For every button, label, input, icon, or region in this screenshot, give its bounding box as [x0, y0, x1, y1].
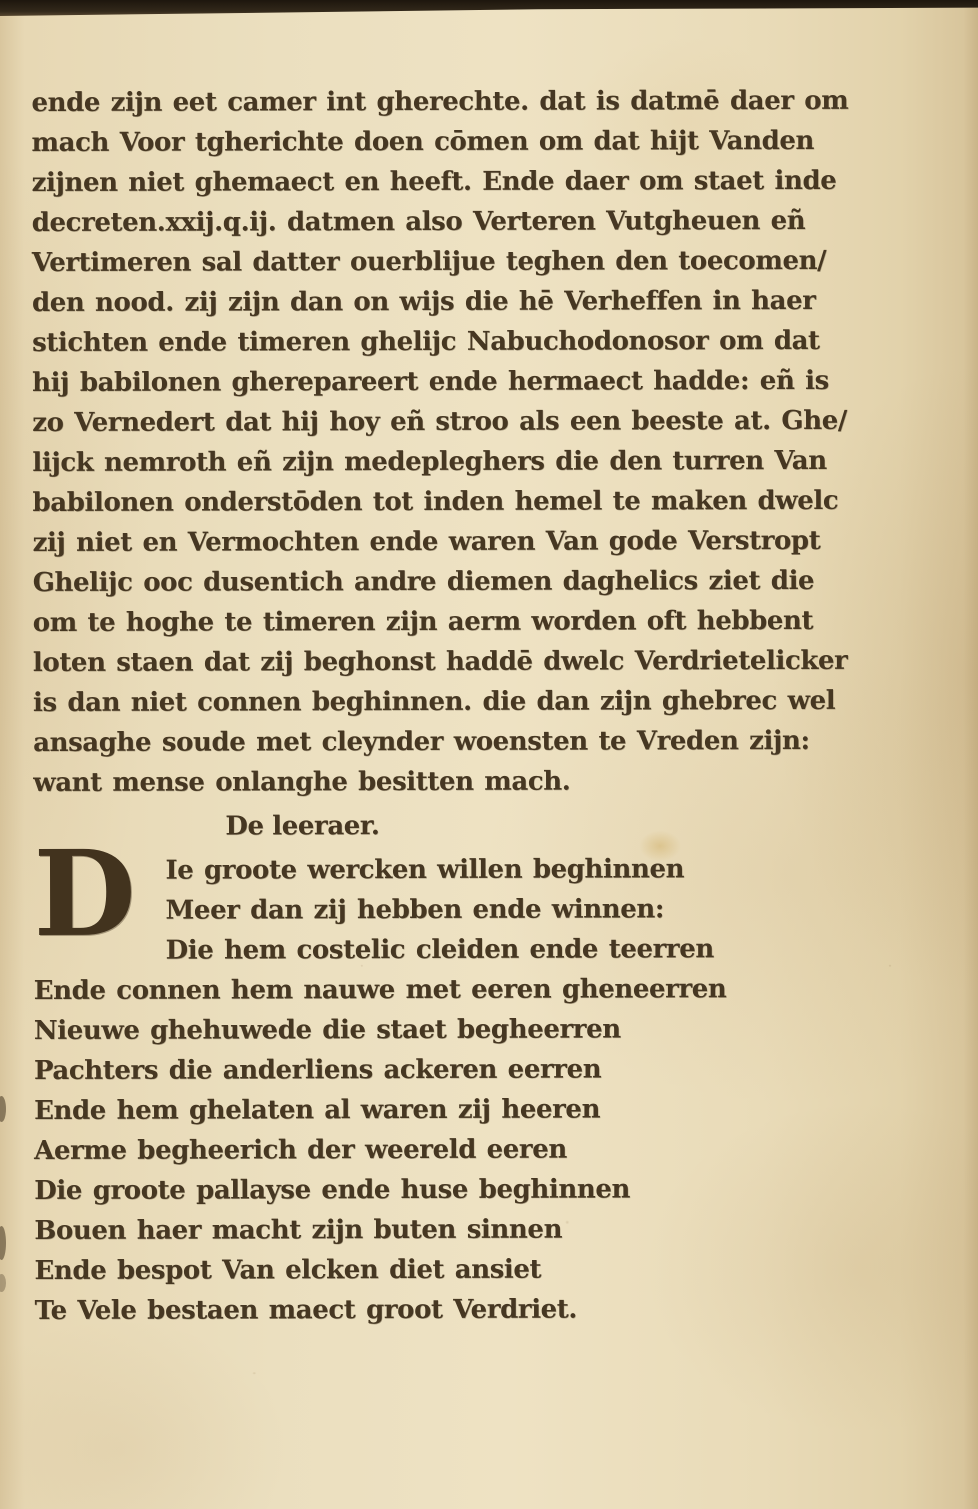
prose-line: loten staen dat zij beghonst haddē dwelc… [33, 641, 790, 683]
verse-line: Die hem costelic cleiden ende teerren [34, 929, 791, 971]
drop-cap-initial: D [33, 853, 151, 933]
prose-line: decreten.xxij.q.ij. datmen also Verteren… [32, 201, 789, 243]
prose-line: stichten ende timeren ghelijc Nabuchodon… [32, 321, 789, 363]
verse-line: Ende bespot Van elcken diet ansiet [34, 1249, 791, 1291]
left-edge-mark [0, 1096, 6, 1122]
prose-line: babilonen onderstōden tot inden hemel te… [32, 481, 789, 523]
left-edge-mark [0, 1274, 6, 1292]
prose-line: hij babilonen gherepareert ende hermaect… [32, 361, 789, 403]
prose-line: zij niet en Vermochten ende waren Van go… [33, 521, 790, 563]
prose-line: zo Vernedert dat hij hoy eñ stroo als ee… [32, 401, 789, 443]
verse-line: Nieuwe ghehuwede die staet begheerren [34, 1009, 791, 1051]
verse-block: D Ie groote wercken willen beghinnenMeer… [33, 849, 791, 1331]
verse-line: Te Vele bestaen maect groot Verdriet. [35, 1289, 792, 1331]
verse-line: Bouen haer macht zijn buten sinnen [34, 1209, 791, 1251]
section-heading: De leeraer. [225, 805, 790, 846]
prose-line: is dan niet connen beghinnen. die dan zi… [33, 681, 790, 723]
verse-line: Die groote pallayse ende huse beghinnen [34, 1169, 791, 1211]
verse-line: Aerme begheerich der weereld eeren [34, 1129, 791, 1171]
prose-paragraph: ende zijn eet camer int gherechte. dat i… [31, 81, 790, 803]
verse-line: Ende hem ghelaten al waren zij heeren [34, 1089, 791, 1131]
prose-line: den nood. zij zijn dan on wijs die hē Ve… [32, 281, 789, 323]
page-top-edge [0, 0, 978, 16]
prose-line: ansaghe soude met cleynder woensten te V… [33, 721, 790, 763]
prose-line: want mense onlanghe besitten mach. [33, 761, 790, 803]
left-edge-mark [0, 1226, 6, 1260]
prose-line: zijnen niet ghemaect en heeft. Ende daer… [32, 161, 789, 203]
prose-line: om te hoghe te timeren zijn aerm worden … [33, 601, 790, 643]
prose-line: Ghelijc ooc dusentich andre diemen daghe… [33, 561, 790, 603]
verse-line: Ende connen hem nauwe met eeren gheneerr… [34, 969, 791, 1011]
book-page-scan: ende zijn eet camer int gherechte. dat i… [0, 0, 978, 1509]
prose-line: lijck nemroth eñ zijn medepleghers die d… [32, 441, 789, 483]
prose-line: mach Voor tgherichte doen cōmen om dat h… [31, 121, 788, 163]
verse-line: Pachters die anderliens ackeren eerren [34, 1049, 791, 1091]
verse-lines: Die hem costelic cleiden ende teerrenEnd… [34, 929, 792, 1331]
prose-line: ende zijn eet camer int gherechte. dat i… [31, 81, 788, 123]
text-block: ende zijn eet camer int gherechte. dat i… [31, 81, 791, 1331]
prose-line: Vertimeren sal datter ouerblijue teghen … [32, 241, 789, 283]
